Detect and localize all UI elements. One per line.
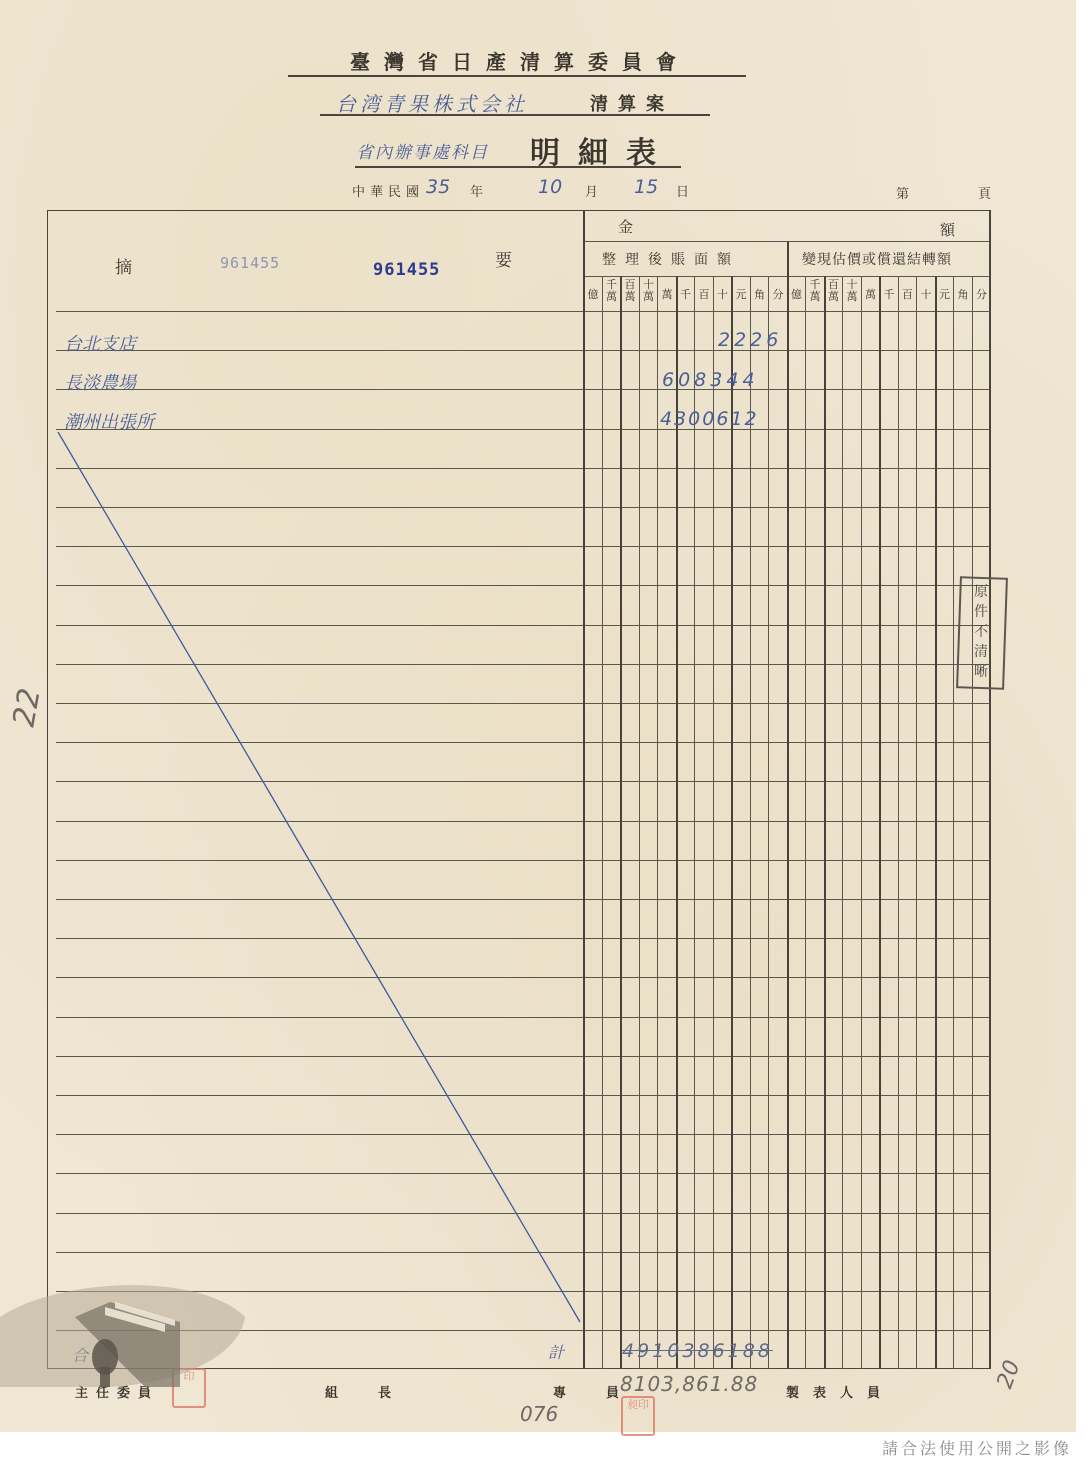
diagonal-cancel-line <box>0 0 1086 1461</box>
archive-logo-icon <box>0 1262 250 1387</box>
preparer-label: 製表人員 <box>786 1382 894 1401</box>
usage-watermark: 請合法使用公開之影像 <box>882 1436 1072 1459</box>
margin-note-bottom-center: 076 <box>520 1402 558 1426</box>
illegible-original-stamp-text: 原件不清晰 <box>969 582 993 682</box>
total-book-amount-crossed: 4910386188 <box>622 1340 773 1362</box>
pencil-total-note: 8103,861.88 <box>620 1372 758 1396</box>
red-seal-specialist: 昶印 <box>621 1396 655 1436</box>
margin-note-left: 22 <box>7 686 48 730</box>
group-leader-label: 組長 <box>325 1382 431 1401</box>
total-label-right: 計 <box>548 1340 564 1363</box>
document-page: 臺灣省日產清算委員會 台湾青果株式会社 清算案 省內辦事處科目 明細表 中華民國… <box>0 0 1076 1432</box>
